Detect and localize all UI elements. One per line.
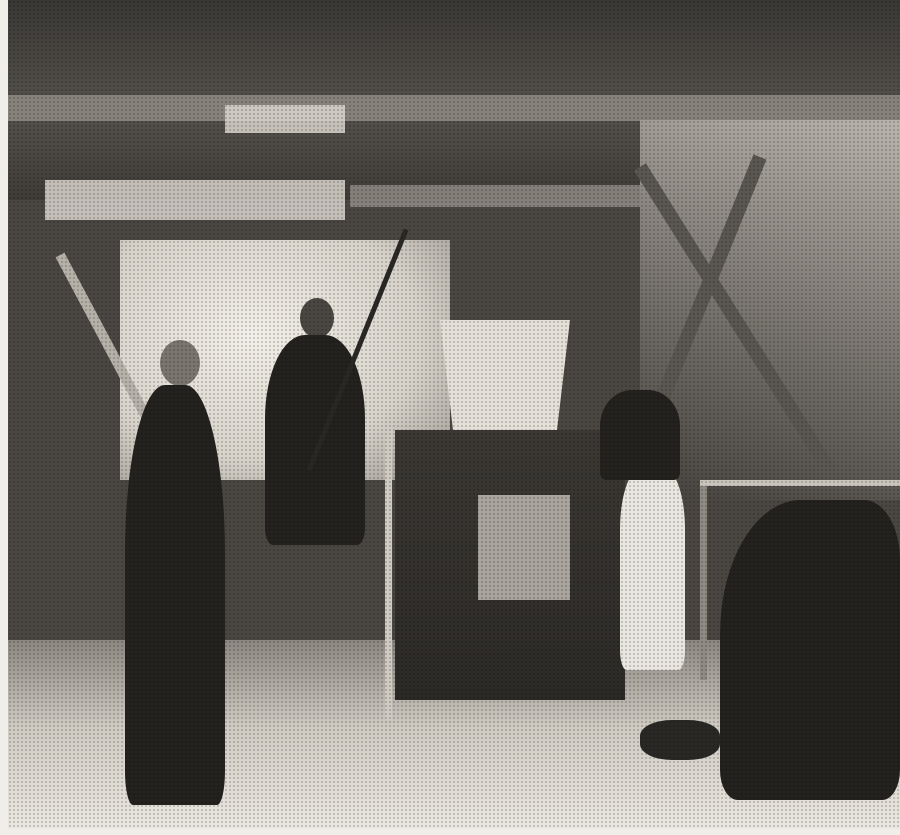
halftone-photograph xyxy=(0,0,900,835)
paper-border xyxy=(0,0,900,835)
